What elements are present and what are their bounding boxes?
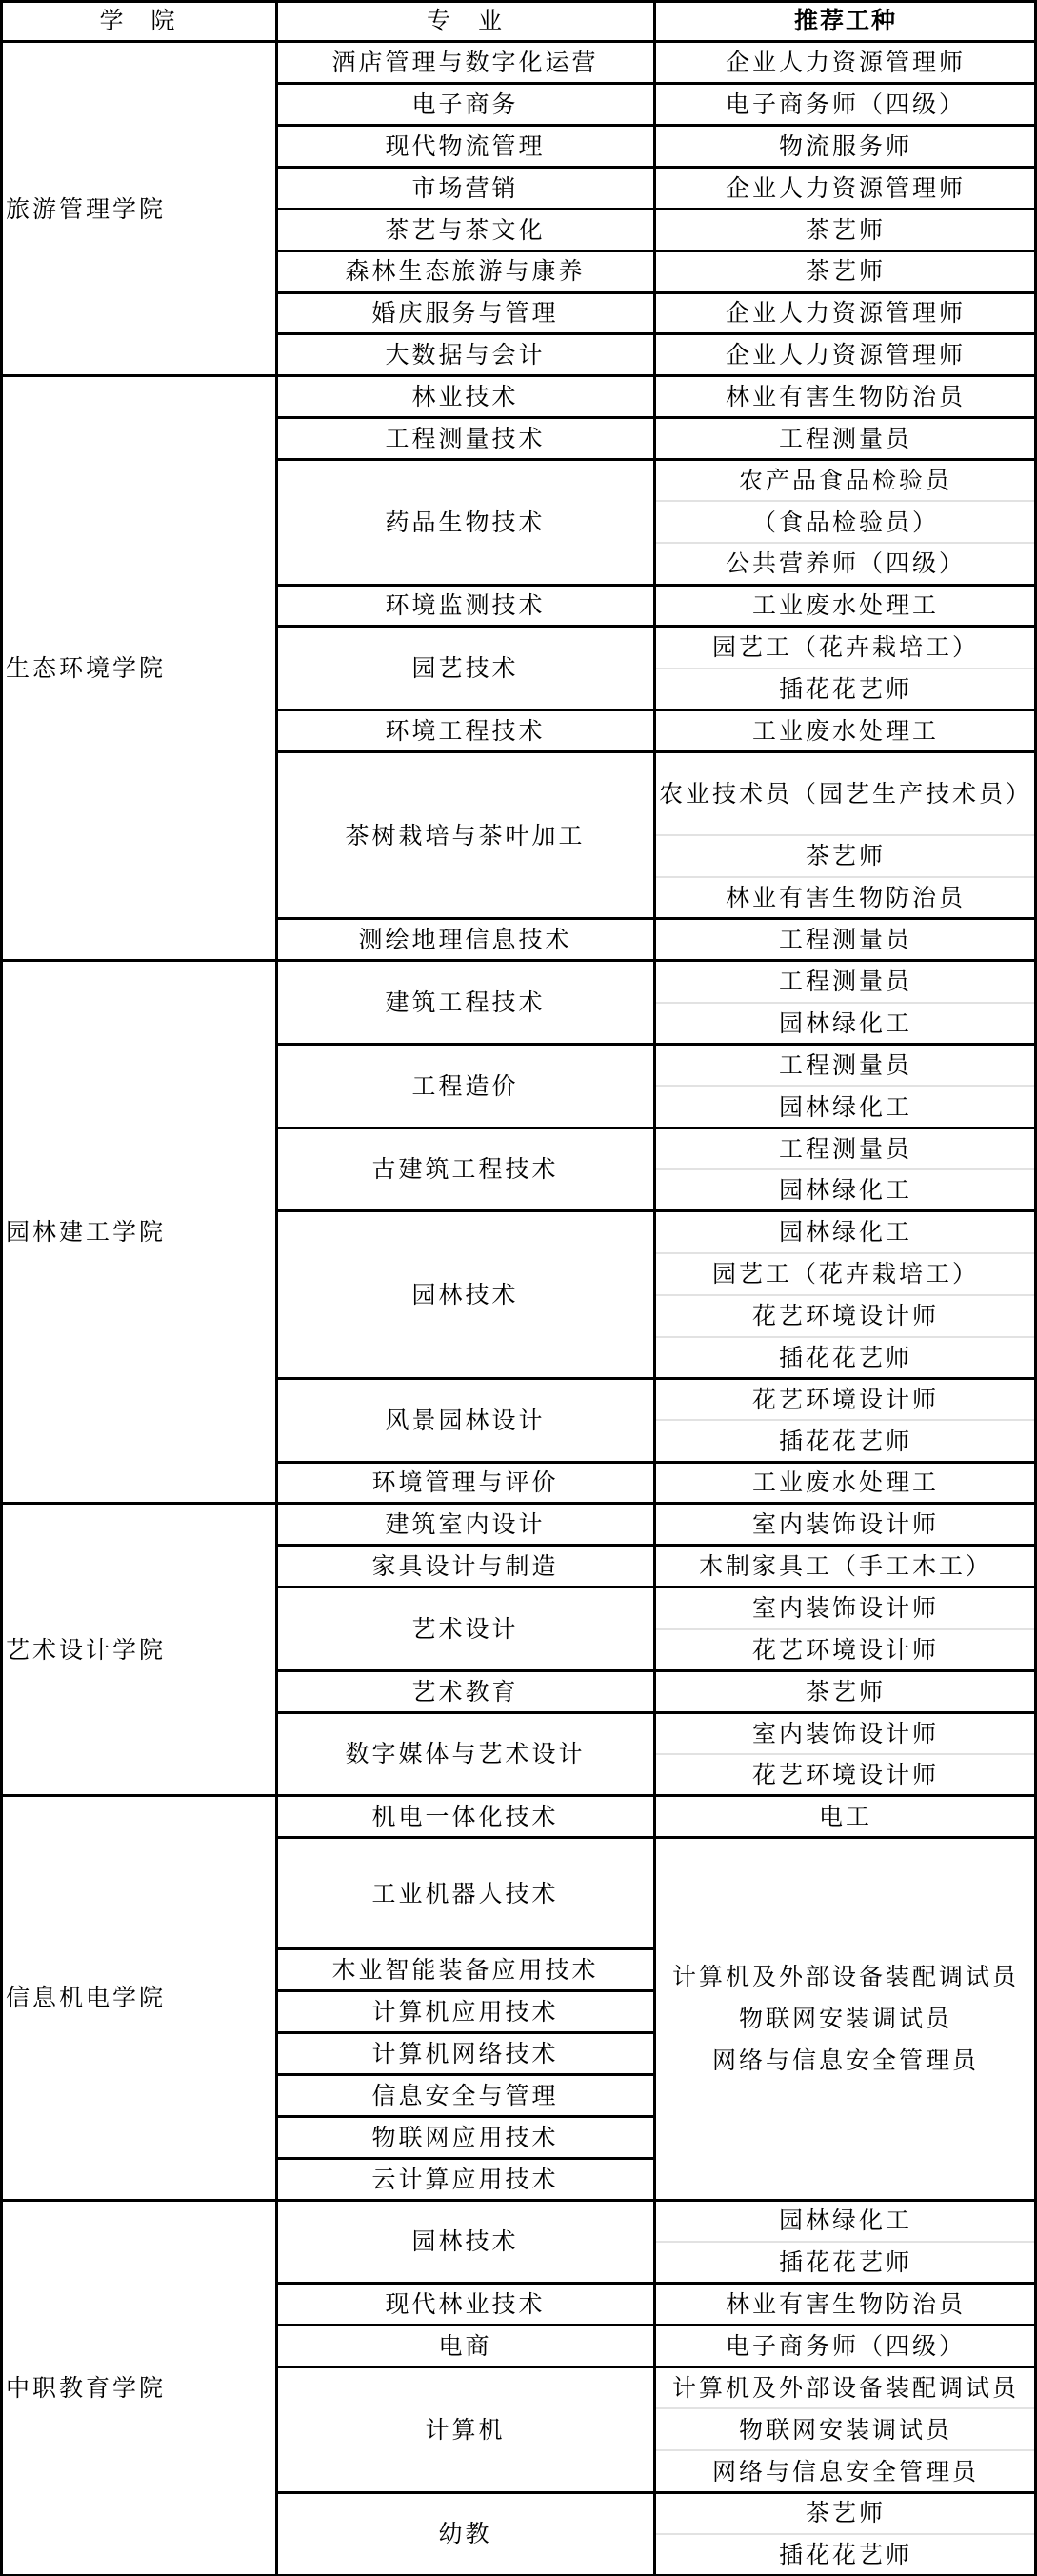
- recommended-job-cell: 企业人力资源管理师: [654, 42, 1037, 84]
- major-cell: 茶树栽培与茶叶加工: [276, 751, 654, 918]
- recommended-job-cell: 茶艺师: [654, 2492, 1037, 2534]
- major-cell: 数字媒体与艺术设计: [276, 1712, 654, 1796]
- recommended-job-cell: 木制家具工（手工木工）: [654, 1546, 1037, 1588]
- recommended-job-cell: 工程测量员: [654, 1128, 1037, 1169]
- column-divider: [275, 0, 278, 2576]
- recommended-job-cell: 插花花艺师: [654, 1420, 1037, 1462]
- major-cell: 茶艺与茶文化: [276, 209, 654, 250]
- recommended-job-cell: 插花花艺师: [654, 1337, 1037, 1379]
- recommended-job-cell: 室内装饰设计师: [654, 1504, 1037, 1546]
- recommended-job-cell: 电子商务师（四级）: [654, 2326, 1037, 2367]
- major-cell: 现代物流管理: [276, 126, 654, 168]
- column-divider: [653, 0, 656, 2576]
- recommended-job-cell: 园林绿化工: [654, 1003, 1037, 1045]
- major-cell: 酒店管理与数字化运营: [276, 42, 654, 84]
- recommended-job-cell: 园林绿化工: [654, 2200, 1037, 2242]
- recommended-job-cell: 网络与信息安全管理员: [654, 2450, 1037, 2492]
- recommended-job-cell: （食品检验员）: [654, 501, 1037, 543]
- major-cell: 机电一体化技术: [276, 1796, 654, 1838]
- recommended-job-cell: 企业人力资源管理师: [654, 167, 1037, 209]
- major-cell: 艺术教育: [276, 1670, 654, 1712]
- recommended-job-cell: 插花花艺师: [654, 2534, 1037, 2576]
- recommended-job-cell: 物流服务师: [654, 126, 1037, 168]
- major-cell: 药品生物技术: [276, 459, 654, 585]
- recommended-job-cell: 园艺工（花卉栽培工）: [654, 1253, 1037, 1295]
- header-major: 专 业: [276, 0, 654, 42]
- major-cell: 园艺技术: [276, 627, 654, 710]
- major-cell: 森林生态旅游与康养: [276, 250, 654, 292]
- career-recommendation-table: 学 院专 业推荐工种酒店管理与数字化运营企业人力资源管理师电子商务电子商务师（四…: [0, 0, 1037, 2576]
- major-cell: 现代林业技术: [276, 2284, 654, 2326]
- major-cell: 园林技术: [276, 1211, 654, 1378]
- major-cell: 云计算应用技术: [276, 2158, 654, 2200]
- recommended-job-cell: 林业有害生物防治员: [654, 376, 1037, 418]
- row-divider: [0, 0, 1037, 3]
- recommended-job-cell: 插花花艺师: [654, 669, 1037, 710]
- recommended-job-line: 网络与信息安全管理员: [712, 2040, 979, 2082]
- college-cell: 艺术设计学院: [0, 1504, 276, 1796]
- major-cell: 环境监测技术: [276, 585, 654, 627]
- recommended-job-cell: 工业废水处理工: [654, 1462, 1037, 1504]
- college-cell: 园林建工学院: [0, 961, 276, 1504]
- recommended-job-cell: 工业废水处理工: [654, 585, 1037, 627]
- major-cell: 市场营销: [276, 167, 654, 209]
- major-cell: 工业机器人技术: [276, 1838, 654, 1949]
- recommended-job-cell: 工业废水处理工: [654, 710, 1037, 752]
- recommended-job-cell: 工程测量员: [654, 919, 1037, 961]
- major-cell: 建筑室内设计: [276, 1504, 654, 1546]
- recommended-job-cell: 室内装饰设计师: [654, 1588, 1037, 1629]
- major-cell: 婚庆服务与管理: [276, 292, 654, 334]
- major-cell: 环境管理与评价: [276, 1462, 654, 1504]
- major-cell: 艺术设计: [276, 1588, 654, 1671]
- recommended-job-cell: 企业人力资源管理师: [654, 334, 1037, 376]
- major-cell: 工程造价: [276, 1045, 654, 1128]
- recommended-job-cell: 茶艺师: [654, 209, 1037, 250]
- recommended-job-cell: 电工: [654, 1796, 1037, 1838]
- recommended-job-line: 物联网安装调试员: [739, 1998, 952, 2040]
- major-cell: 计算机应用技术: [276, 1991, 654, 2033]
- recommended-job-cell: 花艺环境设计师: [654, 1754, 1037, 1796]
- major-cell: 测绘地理信息技术: [276, 919, 654, 961]
- shared-recommended-jobs-cell: 计算机及外部设备装配调试员物联网安装调试员网络与信息安全管理员: [654, 1838, 1037, 2200]
- recommended-job-cell: 茶艺师: [654, 250, 1037, 292]
- recommended-job-cell: 园林绿化工: [654, 1169, 1037, 1211]
- recommended-job-cell: 工程测量员: [654, 418, 1037, 460]
- recommended-job-cell: 花艺环境设计师: [654, 1378, 1037, 1420]
- recommended-job-cell: 园林绿化工: [654, 1211, 1037, 1253]
- major-cell: 木业智能装备应用技术: [276, 1949, 654, 1991]
- college-cell: 旅游管理学院: [0, 42, 276, 376]
- college-cell: 信息机电学院: [0, 1796, 276, 2200]
- major-cell: 环境工程技术: [276, 710, 654, 752]
- major-cell: 信息安全与管理: [276, 2075, 654, 2117]
- major-cell: 建筑工程技术: [276, 961, 654, 1045]
- recommended-job-cell: 工程测量员: [654, 961, 1037, 1003]
- major-cell: 计算机网络技术: [276, 2033, 654, 2075]
- major-cell: 幼教: [276, 2492, 654, 2576]
- column-divider: [0, 0, 3, 2576]
- recommended-job-cell: 室内装饰设计师: [654, 1712, 1037, 1754]
- recommended-job-cell: 花艺环境设计师: [654, 1629, 1037, 1671]
- college-cell: 中职教育学院: [0, 2200, 276, 2576]
- major-cell: 电商: [276, 2326, 654, 2367]
- recommended-job-cell: 公共营养师（四级）: [654, 543, 1037, 585]
- major-cell: 家具设计与制造: [276, 1546, 654, 1588]
- major-cell: 计算机: [276, 2367, 654, 2493]
- major-cell: 古建筑工程技术: [276, 1128, 654, 1211]
- recommended-job-cell: 计算机及外部设备装配调试员: [654, 2367, 1037, 2409]
- recommended-job-cell: 茶艺师: [654, 835, 1037, 877]
- major-cell: 园林技术: [276, 2200, 654, 2284]
- recommended-job-line: 计算机及外部设备装配调试员: [672, 1956, 1019, 1998]
- college-cell: 生态环境学院: [0, 376, 276, 961]
- recommended-job-cell: 园林绿化工: [654, 1086, 1037, 1128]
- major-cell: 物联网应用技术: [276, 2116, 654, 2158]
- header-college: 学 院: [0, 0, 276, 42]
- recommended-job-cell: 茶艺师: [654, 1670, 1037, 1712]
- recommended-job-cell: 花艺环境设计师: [654, 1295, 1037, 1337]
- major-cell: 电子商务: [276, 84, 654, 126]
- recommended-job-cell: 园艺工（花卉栽培工）: [654, 627, 1037, 669]
- major-cell: 大数据与会计: [276, 334, 654, 376]
- recommended-job-cell: 农产品食品检验员: [654, 459, 1037, 501]
- major-cell: 风景园林设计: [276, 1378, 654, 1462]
- recommended-job-cell: 工程测量员: [654, 1045, 1037, 1087]
- major-cell: 林业技术: [276, 376, 654, 418]
- recommended-job-cell: 林业有害生物防治员: [654, 2284, 1037, 2326]
- recommended-job-cell: 农业技术员（园艺生产技术员）: [654, 751, 1037, 835]
- recommended-job-cell: 林业有害生物防治员: [654, 877, 1037, 919]
- header-job: 推荐工种: [654, 0, 1037, 42]
- recommended-job-cell: 插花花艺师: [654, 2242, 1037, 2284]
- recommended-job-cell: 电子商务师（四级）: [654, 84, 1037, 126]
- major-cell: 工程测量技术: [276, 418, 654, 460]
- recommended-job-cell: 物联网安装调试员: [654, 2408, 1037, 2450]
- recommended-job-cell: 企业人力资源管理师: [654, 292, 1037, 334]
